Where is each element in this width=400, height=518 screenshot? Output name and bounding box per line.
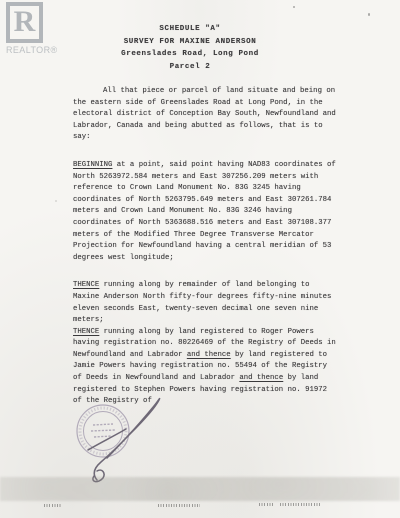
document-header: SCHEDULE "A" SURVEY FOR MAXINE ANDERSON …	[60, 26, 320, 76]
footer-mark-left	[44, 504, 61, 507]
parcel-label: Parcel 2	[60, 64, 320, 72]
property-address: Greenslades Road, Long Pond	[60, 51, 320, 59]
footer-mark-center	[158, 504, 200, 507]
schedule-heading: SCHEDULE "A"	[60, 26, 320, 34]
scanned-survey-document: R REALTOR® SCHEDULE "A" SURVEY FOR MAXIN…	[0, 0, 400, 518]
signature	[88, 399, 160, 482]
survey-title: SURVEY FOR MAXINE ANDERSON	[60, 39, 320, 47]
realtor-r-icon: R	[6, 2, 43, 43]
opening-clause: All that piece or parcel of land situate…	[73, 86, 336, 144]
thence-clause-1: THENCE running along by remainder of lan…	[73, 280, 336, 326]
scan-speck	[55, 200, 57, 202]
realtor-r-letter: R	[14, 7, 36, 37]
footer-mark-right-b	[280, 503, 320, 506]
scan-speck	[293, 6, 295, 8]
document-body: All that piece or parcel of land situate…	[73, 86, 336, 408]
realtor-wordmark: REALTOR®	[6, 45, 58, 55]
scan-noise-band	[0, 477, 400, 501]
scan-speck	[368, 13, 370, 16]
footer-mark-right-a	[259, 503, 273, 506]
surveyor-seal-and-signature	[70, 388, 190, 486]
beginning-clause: BEGINNING at a point, said point having …	[73, 160, 336, 264]
realtor-logo: R REALTOR®	[6, 2, 58, 55]
